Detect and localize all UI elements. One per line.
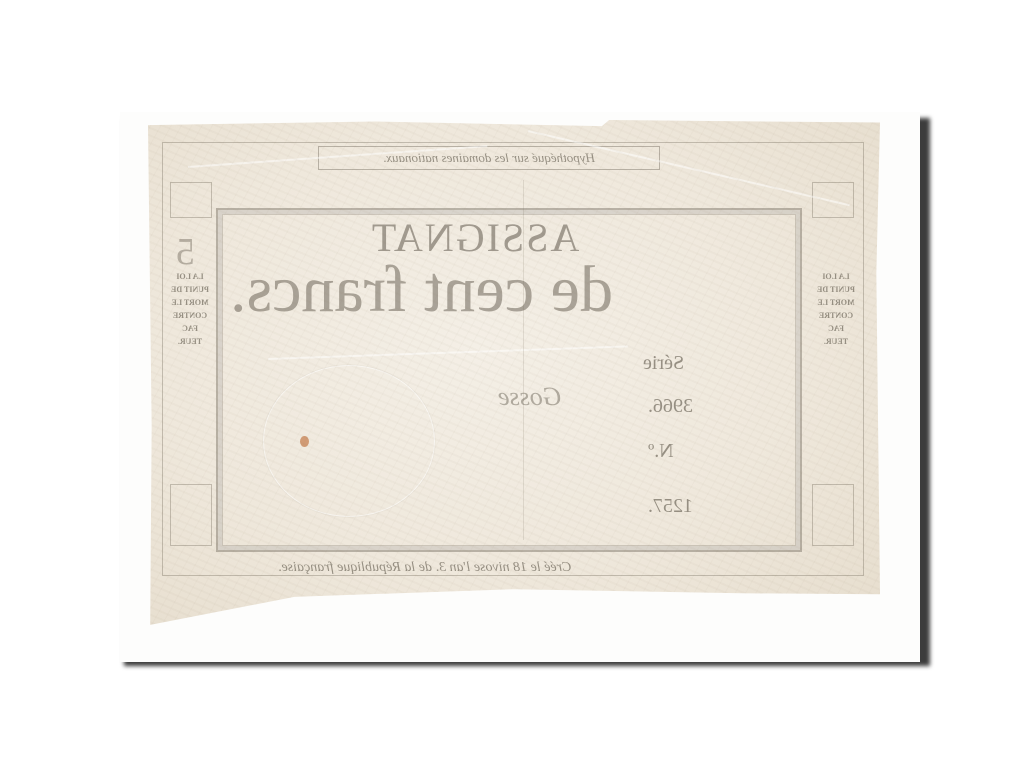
- serie-number: 3966.: [648, 395, 693, 418]
- vertical-fold: [523, 180, 524, 540]
- left-margin-text: LA LOI PUNIT DE MORT LE CONTRE FAC TEUR.: [170, 270, 210, 348]
- corner-ornament-bottom-right: [812, 484, 854, 546]
- number-label: N.º: [648, 440, 674, 463]
- corner-numeral: 5: [176, 230, 195, 274]
- bottom-line: Créé le 18 nivose l'an 3. de la Républiq…: [278, 560, 571, 576]
- signature: Gosse: [498, 382, 562, 412]
- corner-ornament-bottom-left: [170, 484, 212, 546]
- serie-label: Série: [643, 352, 684, 375]
- number-value: 1257.: [648, 495, 693, 518]
- banknote: Hypothéqué sur les domaines nationaux. A…: [148, 120, 880, 630]
- corner-ornament-top-left: [170, 182, 212, 218]
- foxing-stain: [300, 436, 309, 447]
- embossed-seal: [263, 365, 435, 517]
- right-margin-text: LA LOI PUNIT DE MORT LE CONTRE FAC TEUR.: [816, 270, 856, 348]
- title-denomination: de cent francs.: [230, 252, 613, 328]
